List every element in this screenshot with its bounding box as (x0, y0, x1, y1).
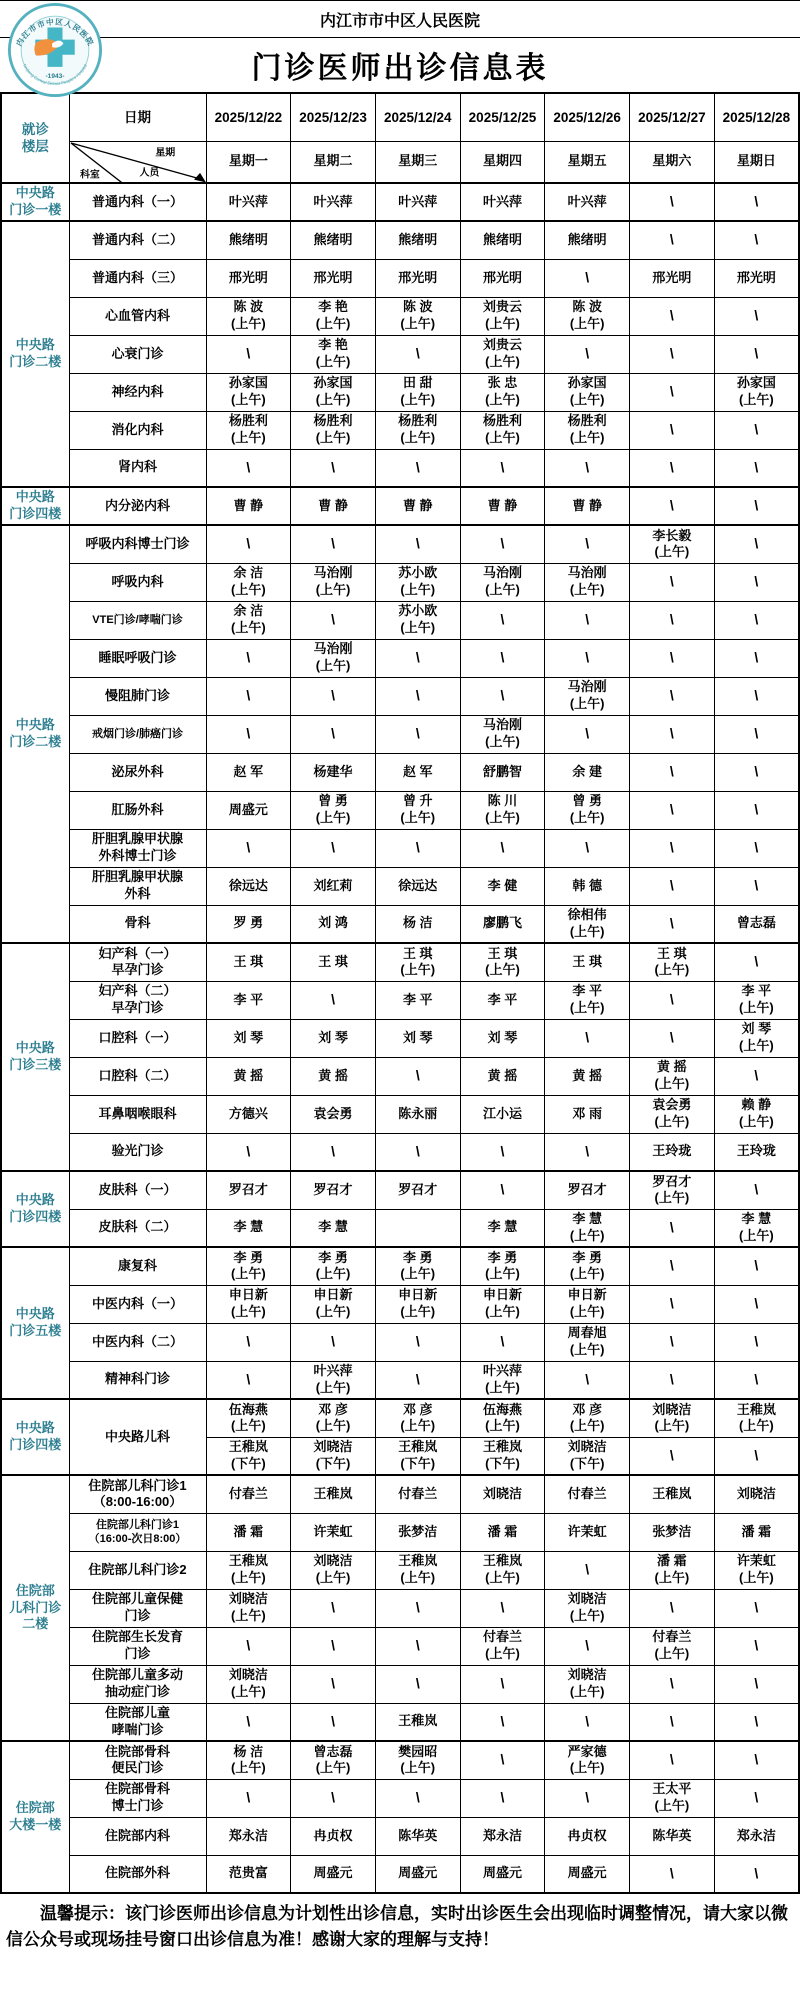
schedule-cell: 罗召才 (上午) (630, 1171, 715, 1209)
weekday-header: 星期六 (630, 141, 715, 183)
schedule-cell: 付春兰 (375, 1475, 460, 1513)
floor-label: 住院部 大楼一楼 (1, 1741, 69, 1893)
schedule-cell: \ (714, 1741, 799, 1779)
corner-floor-label: 就诊 楼层 (1, 93, 69, 183)
schedule-cell: 孙家国 (上午) (714, 373, 799, 411)
schedule-cell: 李 慧 (460, 1209, 545, 1247)
schedule-cell: 周盛元 (291, 1855, 376, 1893)
schedule-cell: 苏小欧 (上午) (375, 563, 460, 601)
schedule-cell: 陈 波 (上午) (206, 297, 291, 335)
schedule-cell: 熊绪明 (460, 221, 545, 259)
table-row: 皮肤科（二）李 慧李 慧李 慧李 慧 (上午)\李 慧 (上午) (1, 1209, 799, 1247)
schedule-cell: 刘 鸿 (291, 905, 376, 943)
logo-year: -1943- (45, 73, 64, 80)
schedule-cell: 付春兰 (206, 1475, 291, 1513)
schedule-cell: \ (206, 1779, 291, 1817)
schedule-cell: \ (291, 449, 376, 487)
schedule-cell: \ (206, 1703, 291, 1741)
schedule-cell: \ (206, 449, 291, 487)
table-row: 住院部 儿科门诊 二楼住院部儿科门诊1 （8:00-16:00）付春兰王稚岚付春… (1, 1475, 799, 1513)
schedule-cell: 李 慧 (上午) (714, 1209, 799, 1247)
schedule-cell: 郑永洁 (206, 1817, 291, 1855)
schedule-cell: 曹 静 (206, 487, 291, 525)
schedule-cell: 冉贞权 (545, 1817, 630, 1855)
schedule-cell: 申日新 (上午) (545, 1285, 630, 1323)
table-row: 住院部儿科门诊2王稚岚 (上午)刘晓洁 (上午)王稚岚 (上午)王稚岚 (上午)… (1, 1551, 799, 1589)
dept-cell: 内分泌内科 (69, 487, 206, 525)
schedule-cell: 徐远达 (206, 867, 291, 905)
schedule-cell: 刘贵云 (上午) (460, 335, 545, 373)
schedule-cell: \ (375, 1627, 460, 1665)
schedule-cell: \ (714, 1855, 799, 1893)
table-row: VTE门诊/哮喘门诊余 洁 (上午)\苏小欧 (上午)\\\\ (1, 601, 799, 639)
schedule-cell: 刘 琴 (291, 1019, 376, 1057)
schedule-cell: \ (630, 1665, 715, 1703)
dept-cell: 神经内科 (69, 373, 206, 411)
floor-label: 中央路 门诊四楼 (1, 1399, 69, 1475)
dept-cell: 皮肤科（二） (69, 1209, 206, 1247)
schedule-cell: 余 洁 (上午) (206, 601, 291, 639)
floor-label: 中央路 门诊二楼 (1, 221, 69, 487)
schedule-cell: 王 琪 (545, 943, 630, 981)
schedule-cell: \ (630, 487, 715, 525)
schedule-cell: 江小运 (460, 1095, 545, 1133)
schedule-cell: \ (291, 1627, 376, 1665)
schedule-cell: 赵 军 (206, 753, 291, 791)
schedule-cell: 马治刚 (上午) (460, 563, 545, 601)
table-row: 住院部儿童多动 抽动症门诊刘晓洁 (上午)\\\刘晓洁 (上午)\\ (1, 1665, 799, 1703)
date-header: 2025/12/25 (460, 93, 545, 141)
schedule-cell: \ (545, 525, 630, 563)
schedule-cell: 李 慧 (291, 1209, 376, 1247)
schedule-cell: \ (545, 715, 630, 753)
dept-cell: 住院部生长发育 门诊 (69, 1627, 206, 1665)
floor-label: 中央路 门诊四楼 (1, 1171, 69, 1247)
schedule-cell: \ (630, 335, 715, 373)
schedule-cell: 李 勇 (上午) (545, 1247, 630, 1285)
schedule-cell: \ (375, 677, 460, 715)
schedule-cell: \ (714, 791, 799, 829)
table-row: 口腔科（二）黄 摇黄 摇\黄 摇黄 摇黄 摇 (上午)\ (1, 1057, 799, 1095)
dept-cell: 肝胆乳腺甲状腺 外科博士门诊 (69, 829, 206, 867)
schedule-cell: \ (714, 1285, 799, 1323)
schedule-cell: 潘 霜 (714, 1513, 799, 1551)
schedule-cell: 王 琪 (上午) (375, 943, 460, 981)
schedule-cell: 舒鹏智 (460, 753, 545, 791)
table-row: 戒烟门诊/肺癌门诊\\\马治刚 (上午)\\\ (1, 715, 799, 753)
date-header: 2025/12/24 (375, 93, 460, 141)
dept-cell: 住院部外科 (69, 1855, 206, 1893)
weekday-header: 星期三 (375, 141, 460, 183)
schedule-cell: 陈华英 (375, 1817, 460, 1855)
schedule-cell: \ (714, 1057, 799, 1095)
schedule-cell: 郑永洁 (714, 1817, 799, 1855)
schedule-cell: 李 慧 (206, 1209, 291, 1247)
schedule-cell: 叶兴萍 (545, 183, 630, 221)
schedule-cell: 刘晓洁 (上午) (545, 1589, 630, 1627)
schedule-cell: \ (714, 1589, 799, 1627)
dept-cell: 住院部骨科 博士门诊 (69, 1779, 206, 1817)
schedule-cell: 邢光明 (291, 259, 376, 297)
schedule-cell: 王稚岚 (上午) (714, 1399, 799, 1437)
schedule-cell: \ (630, 1703, 715, 1741)
schedule-cell: \ (460, 1703, 545, 1741)
table-row: 消化内科杨胜利 (上午)杨胜利 (上午)杨胜利 (上午)杨胜利 (上午)杨胜利 … (1, 411, 799, 449)
schedule-cell: \ (291, 1133, 376, 1171)
schedule-cell: \ (714, 335, 799, 373)
schedule-cell: 邓 彦 (上午) (291, 1399, 376, 1437)
schedule-cell: \ (630, 183, 715, 221)
schedule-cell: \ (460, 639, 545, 677)
table-row: 中央路 门诊四楼中央路儿科伍海燕 (上午)邓 彦 (上午)邓 彦 (上午)伍海燕… (1, 1399, 799, 1437)
schedule-cell: 罗召才 (206, 1171, 291, 1209)
schedule-cell: \ (714, 183, 799, 221)
schedule-cell: \ (630, 1361, 715, 1399)
schedule-cell: 王太平 (上午) (630, 1779, 715, 1817)
schedule-page: 内江市市中区人民医院 Neijiang Central District Peo… (0, 0, 800, 1964)
schedule-cell: 曹 静 (291, 487, 376, 525)
schedule-cell: 刘晓洁 (上午) (291, 1551, 376, 1589)
schedule-cell: 李 平 (375, 981, 460, 1019)
schedule-cell: 付春兰 (上午) (460, 1627, 545, 1665)
table-row: 中央路 门诊三楼妇产科（一） 早孕门诊王 琪王 琪王 琪 (上午)王 琪 (上午… (1, 943, 799, 981)
dept-cell: 肛肠外科 (69, 791, 206, 829)
schedule-cell: 刘 琴 (上午) (714, 1019, 799, 1057)
schedule-cell: 冉贞权 (291, 1817, 376, 1855)
schedule-cell: 刘 琴 (206, 1019, 291, 1057)
schedule-cell: 申日新 (上午) (206, 1285, 291, 1323)
dept-cell: 住院部儿童多动 抽动症门诊 (69, 1665, 206, 1703)
schedule-cell (375, 1209, 460, 1247)
schedule-cell: \ (206, 1361, 291, 1399)
schedule-table: 就诊 楼层 日期 2025/12/22 2025/12/23 2025/12/2… (0, 92, 800, 1894)
schedule-cell: 王稚岚 (375, 1703, 460, 1741)
diagonal-week-label: 星期 (155, 145, 175, 158)
schedule-cell: \ (206, 829, 291, 867)
schedule-cell: 马治刚 (上午) (291, 563, 376, 601)
schedule-cell: \ (630, 753, 715, 791)
schedule-cell: 周盛元 (460, 1855, 545, 1893)
table-row: 住院部内科郑永洁冉贞权陈华英郑永洁冉贞权陈华英郑永洁 (1, 1817, 799, 1855)
schedule-cell: 王玲珑 (630, 1133, 715, 1171)
schedule-cell: 黄 摇 (上午) (630, 1057, 715, 1095)
schedule-cell: 申日新 (上午) (291, 1285, 376, 1323)
schedule-cell: 郑永洁 (460, 1817, 545, 1855)
schedule-cell: 范贵富 (206, 1855, 291, 1893)
schedule-cell: 李 平 (460, 981, 545, 1019)
table-row: 口腔科（一）刘 琴刘 琴刘 琴刘 琴\\刘 琴 (上午) (1, 1019, 799, 1057)
schedule-cell: 王玲珑 (714, 1133, 799, 1171)
dept-cell: 心血管内科 (69, 297, 206, 335)
dept-cell: 口腔科（二） (69, 1057, 206, 1095)
schedule-cell: \ (545, 1019, 630, 1057)
schedule-cell: 杨 洁 (上午) (206, 1741, 291, 1779)
diagonal-header-cell: 星期 人员 科室 (69, 141, 206, 183)
schedule-cell: 廖鹏飞 (460, 905, 545, 943)
schedule-cell: 潘 霜 (206, 1513, 291, 1551)
schedule-cell: 杨胜利 (上午) (460, 411, 545, 449)
schedule-cell: \ (714, 1247, 799, 1285)
schedule-cell: 潘 霜 (上午) (630, 1551, 715, 1589)
schedule-cell: \ (630, 411, 715, 449)
schedule-cell: \ (375, 1057, 460, 1095)
table-row: 肝胆乳腺甲状腺 外科徐远达刘红莉徐远达李 健韩 德\\ (1, 867, 799, 905)
schedule-cell: \ (545, 1551, 630, 1589)
dept-cell: 泌尿外科 (69, 753, 206, 791)
schedule-cell: \ (460, 1589, 545, 1627)
schedule-cell: \ (714, 829, 799, 867)
floor-label: 中央路 门诊一楼 (1, 183, 69, 221)
schedule-cell: \ (630, 601, 715, 639)
schedule-cell: 王 琪 (206, 943, 291, 981)
schedule-cell: 孙家国 (上午) (545, 373, 630, 411)
schedule-cell: 罗召才 (375, 1171, 460, 1209)
schedule-cell: \ (375, 1779, 460, 1817)
schedule-cell: 余 洁 (上午) (206, 563, 291, 601)
floor-label: 住院部 儿科门诊 二楼 (1, 1475, 69, 1741)
schedule-cell: 李 平 (上午) (545, 981, 630, 1019)
schedule-cell: 叶兴萍 (291, 183, 376, 221)
schedule-cell: \ (630, 1247, 715, 1285)
schedule-cell: 申日新 (上午) (460, 1285, 545, 1323)
schedule-cell: \ (714, 1779, 799, 1817)
schedule-cell: 余 建 (545, 753, 630, 791)
schedule-cell: 潘 霜 (460, 1513, 545, 1551)
weekday-header: 星期二 (291, 141, 376, 183)
schedule-cell: 邢光明 (206, 259, 291, 297)
schedule-cell: 王稚岚 (上午) (206, 1551, 291, 1589)
schedule-cell: \ (460, 601, 545, 639)
hospital-logo-icon: 内江市市中区人民医院 Neijiang Central District Peo… (8, 3, 102, 97)
schedule-cell: 韩 德 (545, 867, 630, 905)
schedule-cell: 杨胜利 (上午) (206, 411, 291, 449)
schedule-cell: 熊绪明 (375, 221, 460, 259)
schedule-cell: 刘晓洁 (下午) (545, 1437, 630, 1475)
schedule-cell: \ (460, 449, 545, 487)
dept-cell: 验光门诊 (69, 1133, 206, 1171)
schedule-cell: 熊绪明 (291, 221, 376, 259)
table-row: 中央路 门诊一楼普通内科（一）叶兴萍叶兴萍叶兴萍叶兴萍叶兴萍\\ (1, 183, 799, 221)
schedule-cell: 杨胜利 (上午) (545, 411, 630, 449)
date-header: 2025/12/22 (206, 93, 291, 141)
schedule-cell: 周春旭 (上午) (545, 1323, 630, 1361)
schedule-cell: 马治刚 (上午) (291, 639, 376, 677)
schedule-cell: 邢光明 (375, 259, 460, 297)
schedule-cell: 王稚岚 (下午) (206, 1437, 291, 1475)
table-row: 骨科罗 勇刘 鸿杨 洁廖鹏飞徐相伟 (上午)\曾志磊 (1, 905, 799, 943)
schedule-cell: 申日新 (上午) (375, 1285, 460, 1323)
table-row: 泌尿外科赵 军杨建华赵 军舒鹏智余 建\\ (1, 753, 799, 791)
schedule-cell: 周盛元 (206, 791, 291, 829)
schedule-cell: \ (630, 791, 715, 829)
schedule-cell: 伍海燕 (上午) (460, 1399, 545, 1437)
schedule-cell: 邢光明 (630, 259, 715, 297)
schedule-cell: 李长毅 (上午) (630, 525, 715, 563)
schedule-cell: 叶兴萍 (460, 183, 545, 221)
schedule-cell: \ (460, 677, 545, 715)
table-row: 中央路 门诊四楼皮肤科（一）罗召才罗召才罗召才\罗召才罗召才 (上午)\ (1, 1171, 799, 1209)
dept-cell: 普通内科（一） (69, 183, 206, 221)
schedule-cell: \ (630, 1437, 715, 1475)
schedule-cell: 许茉虹 (545, 1513, 630, 1551)
schedule-cell: 叶兴萍 (206, 183, 291, 221)
page-title-bar: 门诊医师出诊信息表 (0, 38, 800, 92)
schedule-cell: \ (291, 1665, 376, 1703)
dept-cell: 妇产科（二） 早孕门诊 (69, 981, 206, 1019)
schedule-cell: \ (714, 1703, 799, 1741)
schedule-cell: \ (630, 563, 715, 601)
schedule-body: 中央路 门诊一楼普通内科（一）叶兴萍叶兴萍叶兴萍叶兴萍叶兴萍\\中央路 门诊二楼… (1, 183, 799, 1893)
schedule-cell: \ (714, 677, 799, 715)
table-row: 住院部生长发育 门诊\\\付春兰 (上午)\付春兰 (上午)\ (1, 1627, 799, 1665)
schedule-cell: 曾志磊 (714, 905, 799, 943)
schedule-cell: \ (630, 1589, 715, 1627)
schedule-cell: 伍海燕 (上午) (206, 1399, 291, 1437)
schedule-cell: \ (714, 639, 799, 677)
schedule-cell: 周盛元 (375, 1855, 460, 1893)
schedule-cell: \ (375, 1323, 460, 1361)
table-row: 肾内科\\\\\\\ (1, 449, 799, 487)
schedule-cell: \ (375, 449, 460, 487)
schedule-cell: \ (714, 221, 799, 259)
schedule-cell: \ (291, 1323, 376, 1361)
schedule-cell: 刘晓洁 (上午) (630, 1399, 715, 1437)
schedule-cell: \ (545, 1361, 630, 1399)
dept-cell: 住院部儿童 哮喘门诊 (69, 1703, 206, 1741)
schedule-cell: \ (630, 221, 715, 259)
schedule-cell: \ (630, 829, 715, 867)
schedule-cell: 叶兴萍 (上午) (291, 1361, 376, 1399)
floor-label: 中央路 门诊三楼 (1, 943, 69, 1171)
schedule-cell: 刘晓洁 (上午) (206, 1589, 291, 1627)
schedule-cell: 赖 静 (上午) (714, 1095, 799, 1133)
dept-cell: 住院部儿童保健 门诊 (69, 1589, 206, 1627)
schedule-cell: \ (545, 601, 630, 639)
schedule-cell: 马治刚 (上午) (460, 715, 545, 753)
table-row: 中央路 门诊二楼呼吸内科博士门诊\\\\\李长毅 (上午)\ (1, 525, 799, 563)
schedule-cell: 陈华英 (630, 1817, 715, 1855)
dept-cell: 住院部内科 (69, 1817, 206, 1855)
dept-cell: 普通内科（二） (69, 221, 206, 259)
schedule-cell: \ (545, 1703, 630, 1741)
schedule-cell: \ (545, 1133, 630, 1171)
floor-label: 中央路 门诊五楼 (1, 1247, 69, 1399)
footer-note: 温馨提示：该门诊医师出诊信息为计划性出诊信息，实时出诊医生会出现临时调整情况，请… (0, 1894, 800, 1964)
schedule-cell: \ (545, 449, 630, 487)
schedule-cell: 徐远达 (375, 867, 460, 905)
dept-cell: 康复科 (69, 1247, 206, 1285)
schedule-cell: 王 琪 (291, 943, 376, 981)
schedule-cell: \ (630, 639, 715, 677)
schedule-cell: 叶兴萍 (375, 183, 460, 221)
schedule-cell: 李 勇 (上午) (375, 1247, 460, 1285)
schedule-cell: \ (291, 601, 376, 639)
schedule-cell: 陈 波 (上午) (375, 297, 460, 335)
schedule-cell: \ (630, 1285, 715, 1323)
schedule-cell: 樊园昭 (上午) (375, 1741, 460, 1779)
schedule-cell: 李 平 (206, 981, 291, 1019)
table-row: 睡眠呼吸门诊\马治刚 (上午)\\\\\ (1, 639, 799, 677)
table-row: 慢阻肺门诊\\\\马治刚 (上午)\\ (1, 677, 799, 715)
schedule-cell: 刘红莉 (291, 867, 376, 905)
schedule-cell: 罗召才 (545, 1171, 630, 1209)
schedule-cell: \ (375, 1133, 460, 1171)
schedule-cell: 李 艳 (上午) (291, 297, 376, 335)
schedule-cell: 田 甜 (上午) (375, 373, 460, 411)
table-row: 住院部儿童保健 门诊刘晓洁 (上午)\\\刘晓洁 (上午)\\ (1, 1589, 799, 1627)
dept-cell: 骨科 (69, 905, 206, 943)
schedule-cell: \ (291, 677, 376, 715)
schedule-cell: 王 琪 (上午) (460, 943, 545, 981)
schedule-cell: \ (460, 1133, 545, 1171)
schedule-cell: \ (375, 1361, 460, 1399)
schedule-cell: 许茉虹 (上午) (714, 1551, 799, 1589)
dept-cell: VTE门诊/哮喘门诊 (69, 601, 206, 639)
schedule-cell: 黄 摇 (545, 1057, 630, 1095)
table-row: 中医内科（二）\\\\周春旭 (上午)\\ (1, 1323, 799, 1361)
schedule-cell: \ (460, 1665, 545, 1703)
schedule-cell: \ (630, 715, 715, 753)
date-header: 2025/12/28 (714, 93, 799, 141)
schedule-cell: 杨 洁 (375, 905, 460, 943)
schedule-cell: 黄 摇 (206, 1057, 291, 1095)
schedule-cell: \ (630, 1855, 715, 1893)
schedule-cell: \ (714, 1665, 799, 1703)
diagonal-dept-label: 科室 (78, 167, 99, 180)
table-row: 中医内科（一）申日新 (上午)申日新 (上午)申日新 (上午)申日新 (上午)申… (1, 1285, 799, 1323)
dept-cell: 住院部骨科 便民门诊 (69, 1741, 206, 1779)
schedule-cell: 刘贵云 (上午) (460, 297, 545, 335)
dept-cell: 呼吸内科 (69, 563, 206, 601)
schedule-cell: 邓 雨 (545, 1095, 630, 1133)
schedule-cell: \ (714, 715, 799, 753)
schedule-cell: \ (630, 449, 715, 487)
schedule-cell: 曾 勇 (上午) (545, 791, 630, 829)
dept-cell: 中医内科（二） (69, 1323, 206, 1361)
schedule-cell: \ (714, 867, 799, 905)
dept-cell: 中央路儿科 (69, 1399, 206, 1475)
schedule-cell: 刘晓洁 (上午) (545, 1665, 630, 1703)
schedule-cell: 张梦洁 (375, 1513, 460, 1551)
schedule-cell: 付春兰 (545, 1475, 630, 1513)
dept-cell: 消化内科 (69, 411, 206, 449)
schedule-cell: 黄 摇 (291, 1057, 376, 1095)
schedule-cell: 刘晓洁 (460, 1475, 545, 1513)
floor-label: 中央路 门诊二楼 (1, 525, 69, 943)
schedule-cell: \ (206, 639, 291, 677)
schedule-cell: 杨胜利 (上午) (291, 411, 376, 449)
schedule-cell: 李 艳 (上午) (291, 335, 376, 373)
table-row: 普通内科（三）邢光明邢光明邢光明邢光明\邢光明邢光明 (1, 259, 799, 297)
dept-cell: 肾内科 (69, 449, 206, 487)
dept-cell: 耳鼻咽喉眼科 (69, 1095, 206, 1133)
schedule-cell: \ (460, 1323, 545, 1361)
hospital-name: 内江市市中区人民医院 (320, 8, 480, 31)
schedule-cell: 李 勇 (上午) (291, 1247, 376, 1285)
schedule-cell: 李 勇 (上午) (206, 1247, 291, 1285)
schedule-cell: \ (206, 1323, 291, 1361)
schedule-cell: \ (714, 563, 799, 601)
schedule-cell: 王稚岚 (下午) (375, 1437, 460, 1475)
schedule-cell: \ (714, 753, 799, 791)
schedule-cell: \ (714, 1171, 799, 1209)
weekday-header: 星期五 (545, 141, 630, 183)
schedule-cell: \ (545, 1627, 630, 1665)
dept-cell: 皮肤科（一） (69, 1171, 206, 1209)
schedule-cell: 李 健 (460, 867, 545, 905)
date-header: 2025/12/26 (545, 93, 630, 141)
table-row: 住院部外科范贵富周盛元周盛元周盛元周盛元\\ (1, 1855, 799, 1893)
